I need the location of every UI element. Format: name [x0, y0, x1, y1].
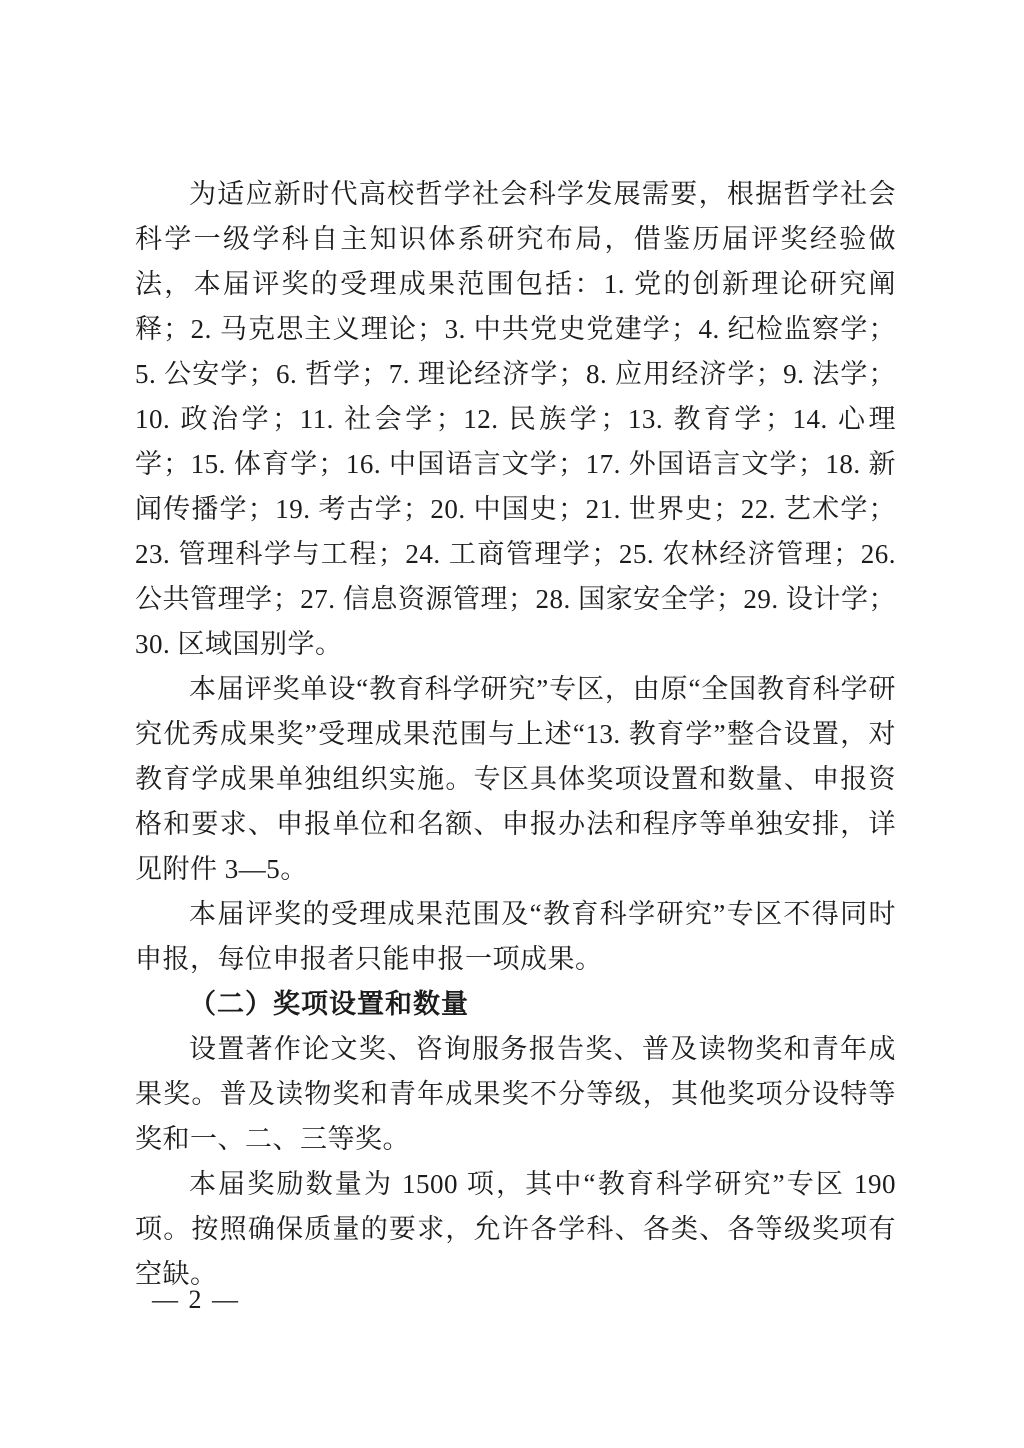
document-page: 为适应新时代高校哲学社会科学发展需要，根据哲学社会科学一级学科自主知识体系研究布… — [0, 0, 1024, 1448]
page-footer: — 2 — — [152, 1284, 240, 1316]
paragraph-education-special-zone: 本届评奖单设“教育科学研究”专区，由原“全国教育科学研究优秀成果奖”受理成果范围… — [135, 667, 896, 892]
paragraph-award-categories: 设置著作论文奖、咨询服务报告奖、普及读物奖和青年成果奖。普及读物奖和青年成果奖不… — [135, 1027, 896, 1162]
paragraph-accepted-scope: 为适应新时代高校哲学社会科学发展需要，根据哲学社会科学一级学科自主知识体系研究布… — [135, 172, 896, 667]
paragraph-no-duplicate-application: 本届评奖的受理成果范围及“教育科学研究”专区不得同时申报，每位申报者只能申报一项… — [135, 892, 896, 982]
section-heading-award-setup: （二）奖项设置和数量 — [135, 982, 896, 1027]
document-body: 为适应新时代高校哲学社会科学发展需要，根据哲学社会科学一级学科自主知识体系研究布… — [135, 172, 896, 1297]
page-number: — 2 — — [152, 1285, 240, 1314]
paragraph-award-quantity: 本届奖励数量为 1500 项，其中“教育科学研究”专区 190 项。按照确保质量… — [135, 1162, 896, 1297]
